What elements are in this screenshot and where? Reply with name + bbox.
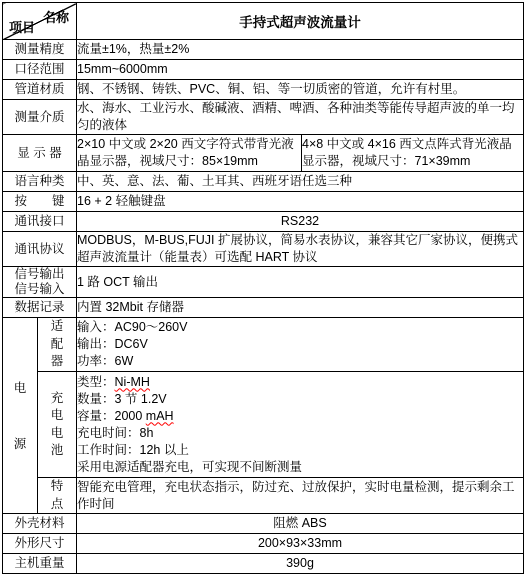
battery-capacity: 容量：2000 mAH: [77, 408, 523, 425]
row-value-display-left: 2×10 中文或 2×20 西文字符式带背光液晶显示器，视域尺寸：85×19mm: [77, 135, 302, 172]
adapter-specs: 输入：AC90～260V 输出：DC6V 功率：6W: [77, 318, 524, 372]
table-row: 测量介质 水、海水、工业污水、酸碱液、酒精、啤酒、各种油类等能传导超声波的单一均…: [3, 100, 524, 135]
header-corner-item: 项目: [9, 17, 35, 36]
power-group-label-text: 电源: [13, 360, 27, 472]
table-row: 通讯接口 RS232: [3, 212, 524, 232]
row-value-weight: 390g: [77, 554, 524, 574]
table-row: 按 键 16 + 2 轻触键盘: [3, 192, 524, 212]
row-label-data-logging: 数据记录: [3, 298, 77, 318]
battery-capacity-value: mAH: [146, 409, 174, 423]
row-label-medium: 测量介质: [3, 100, 77, 135]
row-value-medium: 水、海水、工业污水、酸碱液、酒精、啤酒、各种油类等能传导超声波的单一均匀的液体: [77, 100, 524, 135]
row-label-diameter: 口径范围: [3, 60, 77, 80]
table-row: 管道材质 钢、不锈钢、铸铁、PVC、铜、铝、等一切质密的管道，允许有村里。: [3, 80, 524, 100]
table-row-display: 显 示 器 2×10 中文或 2×20 西文字符式带背光液晶显示器，视域尺寸：8…: [3, 135, 524, 172]
row-value-signal: 1 路 OCT 输出: [77, 267, 524, 298]
features-label-text: 特点: [50, 478, 64, 513]
table-row: 外形尺寸 200×93×33mm: [3, 534, 524, 554]
spec-sheet-page: 名称 项目 手持式超声波流量计 测量精度 流量±1%，热量±2% 口径范围 15…: [0, 0, 527, 559]
row-label-shell-material: 外壳材料: [3, 514, 77, 534]
table-row: 测量精度 流量±1%，热量±2%: [3, 40, 524, 60]
adapter-output: 输出：DC6V: [77, 336, 523, 353]
row-label-dimensions: 外形尺寸: [3, 534, 77, 554]
row-label-display: 显 示 器: [3, 135, 77, 172]
adapter-label-text: 适配器: [50, 318, 64, 371]
row-value-comm-interface: RS232: [77, 212, 524, 232]
row-value-accuracy: 流量±1%，热量±2%: [77, 40, 524, 60]
battery-label-text: 充电电池: [50, 390, 64, 460]
header-corner-name: 名称: [43, 7, 69, 26]
row-value-data-logging: 内置 32Mbit 存储器: [77, 298, 524, 318]
features-label: 特点: [38, 478, 77, 514]
battery-note: 采用电源适配器充电，可实现不间断测量: [77, 459, 523, 476]
signal-input-label: 信号输入: [3, 282, 76, 297]
product-title: 手持式超声波流量计: [77, 3, 524, 40]
battery-label: 充电电池: [38, 372, 77, 478]
signal-output-label: 信号输出: [3, 267, 76, 282]
header-row: 名称 项目 手持式超声波流量计: [3, 3, 524, 40]
battery-type-prefix: 类型：: [77, 375, 115, 389]
row-value-pipe-material: 钢、不锈钢、铸铁、PVC、铜、铝、等一切质密的管道，允许有村里。: [77, 80, 524, 100]
row-value-keys: 16 + 2 轻触键盘: [77, 192, 524, 212]
power-battery-row: 充电电池 类型：Ni-MH 数量：3 节 1.2V 容量：2000 mAH 充电…: [3, 372, 524, 478]
power-group-label: 电源: [3, 318, 38, 514]
spec-table: 名称 项目 手持式超声波流量计 测量精度 流量±1%，热量±2% 口径范围 15…: [2, 2, 524, 574]
power-features-row: 特点 智能充电管理，充电状态指示，防过充、过放保护，实时电量检测，提示剩余工作时…: [3, 478, 524, 514]
row-label-comm-interface: 通讯接口: [3, 212, 77, 232]
battery-type-value: Ni-MH: [115, 375, 150, 389]
table-row: 通讯协议 MODBUS，M-BUS,FUJI 扩展协议，简易水表协议，兼容其它厂…: [3, 232, 524, 267]
row-label-languages: 语言种类: [3, 172, 77, 192]
row-value-dimensions: 200×93×33mm: [77, 534, 524, 554]
battery-specs: 类型：Ni-MH 数量：3 节 1.2V 容量：2000 mAH 充电时间：8h…: [77, 372, 524, 478]
table-row: 口径范围 15mm~6000mm: [3, 60, 524, 80]
table-row-signal: 信号输出 信号输入 1 路 OCT 输出: [3, 267, 524, 298]
table-row: 数据记录 内置 32Mbit 存储器: [3, 298, 524, 318]
battery-capacity-prefix: 容量：2000: [77, 409, 146, 423]
battery-charge-time: 充电时间：8h: [77, 425, 523, 442]
adapter-input: 输入：AC90～260V: [77, 319, 523, 336]
row-label-pipe-material: 管道材质: [3, 80, 77, 100]
table-row: 语言种类 中、英、意、法、葡、土耳其、西班牙语任选三种: [3, 172, 524, 192]
row-label-weight: 主机重量: [3, 554, 77, 574]
battery-work-time: 工作时间：12h 以上: [77, 442, 523, 459]
battery-quantity: 数量：3 节 1.2V: [77, 391, 523, 408]
table-row: 主机重量 390g: [3, 554, 524, 574]
diagonal-header-cell: 名称 项目: [3, 3, 77, 40]
features-value: 智能充电管理，充电状态指示，防过充、过放保护，实时电量检测，提示剩余工作时间: [77, 478, 524, 514]
power-adapter-row: 电源 适配器 输入：AC90～260V 输出：DC6V 功率：6W: [3, 318, 524, 372]
row-label-comm-protocol: 通讯协议: [3, 232, 77, 267]
row-label-accuracy: 测量精度: [3, 40, 77, 60]
table-row: 外壳材料 阻燃 ABS: [3, 514, 524, 534]
row-label-keys: 按 键: [3, 192, 77, 212]
row-value-comm-protocol: MODBUS，M-BUS,FUJI 扩展协议，简易水表协议，兼容其它厂家协议，便…: [77, 232, 524, 267]
row-value-diameter: 15mm~6000mm: [77, 60, 524, 80]
battery-type: 类型：Ni-MH: [77, 374, 523, 391]
row-value-display-right: 4×8 中文或 4×16 西文点阵式背光液晶显示器，视域尺寸：71×39mm: [302, 135, 524, 172]
adapter-power: 功率：6W: [77, 353, 523, 370]
row-value-languages: 中、英、意、法、葡、土耳其、西班牙语任选三种: [77, 172, 524, 192]
adapter-label: 适配器: [38, 318, 77, 372]
row-value-shell-material: 阻燃 ABS: [77, 514, 524, 534]
row-label-signal: 信号输出 信号输入: [3, 267, 77, 298]
